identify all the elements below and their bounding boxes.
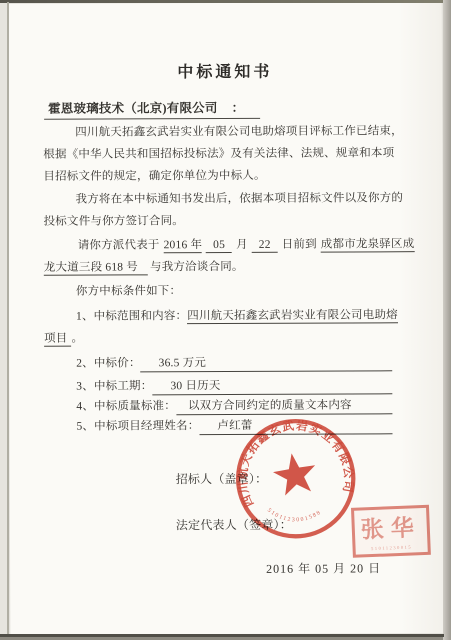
item3-line: 3、中标工期：30 日历天 (76, 376, 392, 395)
scanned-document: 中标通知书 霍恩玻璃技术（北京)有限公司： 四川航天拓鑫玄武岩实业有限公司电助熔… (0, 0, 451, 640)
para3-prefix: 请你方派代表于 (78, 239, 160, 251)
bid-price-value: 36.5 万元 (141, 353, 393, 372)
scan-edge-left (0, 0, 7, 640)
item1-label: 1、中标范围和内容： (76, 310, 187, 322)
meeting-address-part2: 龙大道三段 618 号 (44, 261, 148, 275)
paper-left-edge-shadow (7, 2, 9, 635)
conditions-intro: 你方中标条件如下： (76, 282, 181, 298)
paper: 中标通知书 霍恩玻璃技术（北京)有限公司： 四川航天拓鑫玄武岩实业有限公司电助熔… (8, 2, 445, 635)
paper-bottom-edge-shadow (0, 634, 444, 637)
issue-date: 2016 年 05 月 20 日 (266, 559, 381, 577)
month-label: 月 (236, 239, 248, 251)
para2-line1: 我方将在本中标通知书发出后，依据本项目招标文件以及你方的 (75, 189, 403, 206)
quality-standard-value: 以双方合同约定的质量文本内容 (176, 396, 393, 415)
recipient-colon: ： (232, 101, 245, 115)
para2-line2: 投标文件与你方签订合同。 (44, 212, 184, 229)
item1-period: 。 (71, 333, 83, 345)
item1-value-part1: 四川航天拓鑫玄武岩实业有限公司电助熔 (187, 309, 398, 324)
para3-suffix: 日前到 (282, 239, 317, 251)
star-icon (271, 450, 320, 497)
meeting-address-part1: 成都市龙泉驿区成 (321, 238, 415, 252)
company-seal-number: 5101123001588 (265, 499, 323, 528)
item2-line: 2、中标价：36.5 万元 (76, 353, 392, 372)
item5-label: 5、中标项目经理姓名： (76, 417, 199, 436)
para1-line1: 四川航天拓鑫玄武岩实业有限公司电助熔项目评标工作已结束， (75, 122, 403, 139)
scan-edge-right (443, 0, 451, 640)
para3-line1: 请你方派代表于2016 年05月22日前到成都市龙泉驿区成 (76, 235, 417, 252)
meeting-date-month: 05 (206, 239, 232, 253)
item1-value-part2: 项目 (44, 333, 71, 347)
item4-label: 4、中标质量标准： (76, 397, 176, 415)
para3-tail: 与我方洽谈合同。 (150, 261, 244, 273)
scan-edge-top (0, 0, 451, 3)
document-title: 中标通知书 (8, 58, 442, 83)
para1-line2: 根据《中华人民共和国招标投标法》及有关法律、法规、规章和本项 (43, 144, 394, 162)
company-seal: 四川航天拓鑫玄武岩实业有限公司 5101123001588 (222, 405, 369, 552)
meeting-date-year: 2016 年 (164, 239, 203, 253)
recipient-line: 霍恩玻璃技术（北京)有限公司： (44, 98, 260, 120)
para3-line2: 龙大道三段 618 号与我方洽谈合同。 (44, 258, 246, 275)
construction-period-value: 30 日历天 (152, 376, 392, 395)
item2-label: 2、中标价： (76, 354, 141, 372)
svg-text:5101123001588: 5101123001588 (265, 499, 323, 528)
legal-representative-seal: 张华 51011230015 (350, 504, 432, 559)
name-seal-text: 张华 (360, 515, 421, 542)
item1-line1: 1、中标范围和内容：四川航天拓鑫玄武岩实业有限公司电助熔 (76, 306, 398, 323)
item3-label: 3、中标工期： (76, 377, 152, 395)
meeting-date-day: 22 (252, 239, 278, 253)
recipient-name: 霍恩玻璃技术（北京)有限公司 (48, 101, 218, 116)
para1-line3: 目招标文件的规定，确定你单位为中标人。 (43, 167, 265, 184)
item1-line2: 项目。 (44, 330, 83, 346)
